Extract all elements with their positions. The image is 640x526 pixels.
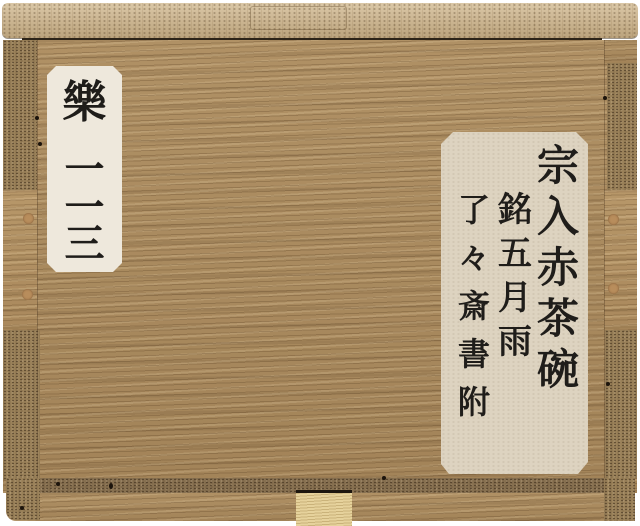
label-character: 赤 — [537, 242, 579, 293]
lid-scratch-mark — [250, 6, 347, 30]
label-character: 月 — [498, 276, 532, 320]
left-side-grain-segment — [3, 190, 37, 330]
right-finger-joint-top — [607, 63, 637, 190]
label-character: 五 — [498, 232, 532, 276]
left-finger-joint-bottom — [3, 330, 40, 480]
label-character: 了 — [458, 186, 490, 234]
label-character: 入 — [537, 191, 579, 242]
label-character: 三 — [47, 224, 122, 264]
box-cord-ribbon — [296, 490, 352, 526]
wooden-peg — [23, 213, 34, 224]
left-paper-label: 樂 一 一 三 — [47, 66, 122, 272]
wormhole — [603, 96, 607, 100]
bottom-left-corner — [6, 478, 40, 520]
right-paper-label: 宗 入 赤 茶 碗 銘 五 月 雨 了 々 斎 書 附 — [441, 132, 588, 474]
right-side-grain-segment — [604, 190, 637, 330]
label-character: 茶 — [537, 293, 579, 344]
wooden-peg — [22, 289, 33, 300]
wormhole — [35, 116, 39, 120]
label-character: 宗 — [537, 140, 579, 191]
label-character: 附 — [458, 378, 490, 426]
wormhole — [382, 476, 386, 480]
wooden-peg — [608, 214, 619, 225]
label-column-title: 宗 入 赤 茶 碗 — [533, 140, 583, 395]
label-column-signature: 了 々 斎 書 附 — [453, 186, 495, 426]
wormhole — [56, 482, 60, 486]
label-character: 樂 — [47, 80, 122, 126]
label-character: 々 — [458, 234, 490, 282]
label-column-name: 銘 五 月 雨 — [495, 188, 535, 364]
left-joint-line — [37, 40, 38, 480]
bottom-right-corner — [604, 478, 635, 521]
wooden-peg — [608, 283, 619, 294]
wormhole — [38, 142, 42, 146]
label-character: 書 — [458, 330, 490, 378]
label-character: 銘 — [498, 188, 532, 232]
right-joint-line — [604, 40, 605, 480]
right-finger-joint-bottom — [605, 330, 637, 478]
right-side-grain-top — [604, 40, 637, 63]
label-character: 雨 — [498, 320, 532, 364]
wormhole — [606, 382, 610, 386]
left-finger-joint-top — [3, 40, 37, 190]
label-character: 碗 — [537, 344, 579, 395]
wormhole — [20, 506, 24, 510]
wormhole — [109, 483, 113, 489]
label-character: 斎 — [458, 282, 490, 330]
